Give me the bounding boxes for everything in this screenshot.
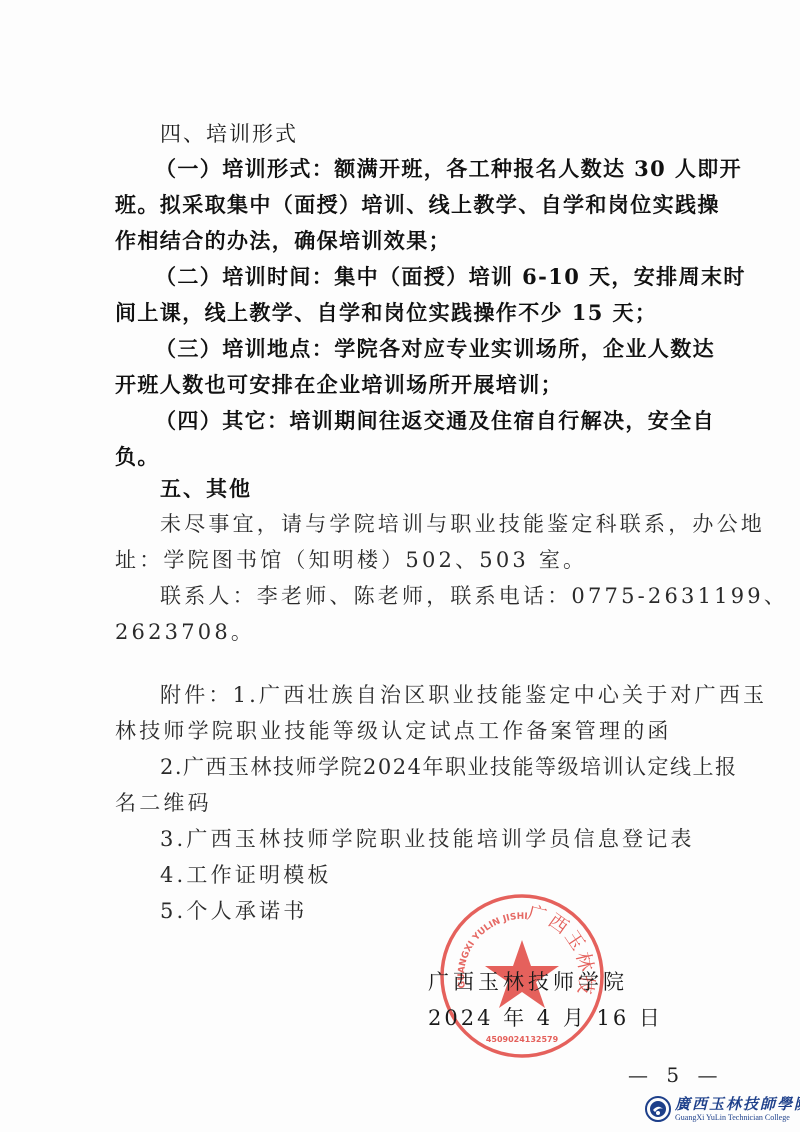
paragraph-line: 作相结合的办法，确保培训效果； (115, 227, 700, 255)
signing-date: 2024 年 4 月 16 日 (428, 1004, 663, 1032)
college-emblem-icon (645, 1096, 671, 1122)
attachment-item-4: 4.工作证明模板 (160, 861, 700, 889)
paragraph-line: 班。拟采取集中（面授）培训、线上教学、自学和岗位实践操 (115, 191, 695, 219)
college-logo: 廣西玉林技師學院 GuangXi YuLin Technician Colleg… (645, 1093, 795, 1127)
attachment-item-2: 2.广西玉林技师学院2024年职业技能等级培训认定线上报 (160, 753, 700, 781)
document-page: 四、培训形式 （一）培训形式：额满开班，各工种报名人数达 30 人即开 班。拟采… (0, 0, 800, 1132)
paragraph-line: 间上课，线上教学、自学和岗位实践操作不少 15 天； (115, 299, 700, 327)
page-number: — 5 — (628, 1063, 723, 1087)
paragraph-line: 负。 (115, 443, 700, 471)
signing-organization: 广西玉林技师学院 (428, 968, 628, 996)
contact-line: 联系人：李老师、陈老师，联系电话：0775-2631199、 (160, 582, 690, 610)
paragraph-line: （四）其它：培训期间往返交通及住宿自行解决，安全自 (155, 407, 695, 435)
paragraph-line: 开班人数也可安排在企业培训场所开展培训； (115, 371, 700, 399)
paragraph-line: （二）培训时间：集中（面授）培训 6-10 天，安排周末时 (155, 263, 695, 291)
contact-phone-line: 2623708。 (115, 618, 700, 646)
paragraph-line: 址：学院图书馆（知明楼）502、503 室。 (115, 546, 700, 574)
attachment-item-3: 3.广西玉林技师学院职业技能培训学员信息登记表 (160, 825, 700, 853)
paragraph-line: （一）培训形式：额满开班，各工种报名人数达 30 人即开 (155, 155, 695, 183)
section-heading-training-format: 四、培训形式 (160, 120, 700, 148)
attachment-item-1: 附件：1.广西壮族自治区职业技能鉴定中心关于对广西玉 (160, 681, 700, 709)
logo-text-cn: 廣西玉林技師學院 (675, 1093, 800, 1114)
attachment-item-5: 5.个人承诺书 (160, 897, 700, 925)
svg-text:4509024132579: 4509024132579 (486, 1035, 559, 1044)
attachment-item-1-cont: 林技师学院职业技能等级认定试点工作备案管理的函 (115, 717, 700, 745)
attachment-item-2-cont: 名二维码 (115, 789, 700, 817)
paragraph-line: 未尽事宜，请与学院培训与职业技能鉴定科联系，办公地 (160, 510, 700, 538)
section-heading-other: 五、其他 (160, 475, 700, 503)
logo-text-en: GuangXi YuLin Technician College (675, 1113, 790, 1122)
paragraph-line: （三）培训地点：学院各对应专业实训场所，企业人数达 (155, 335, 695, 363)
